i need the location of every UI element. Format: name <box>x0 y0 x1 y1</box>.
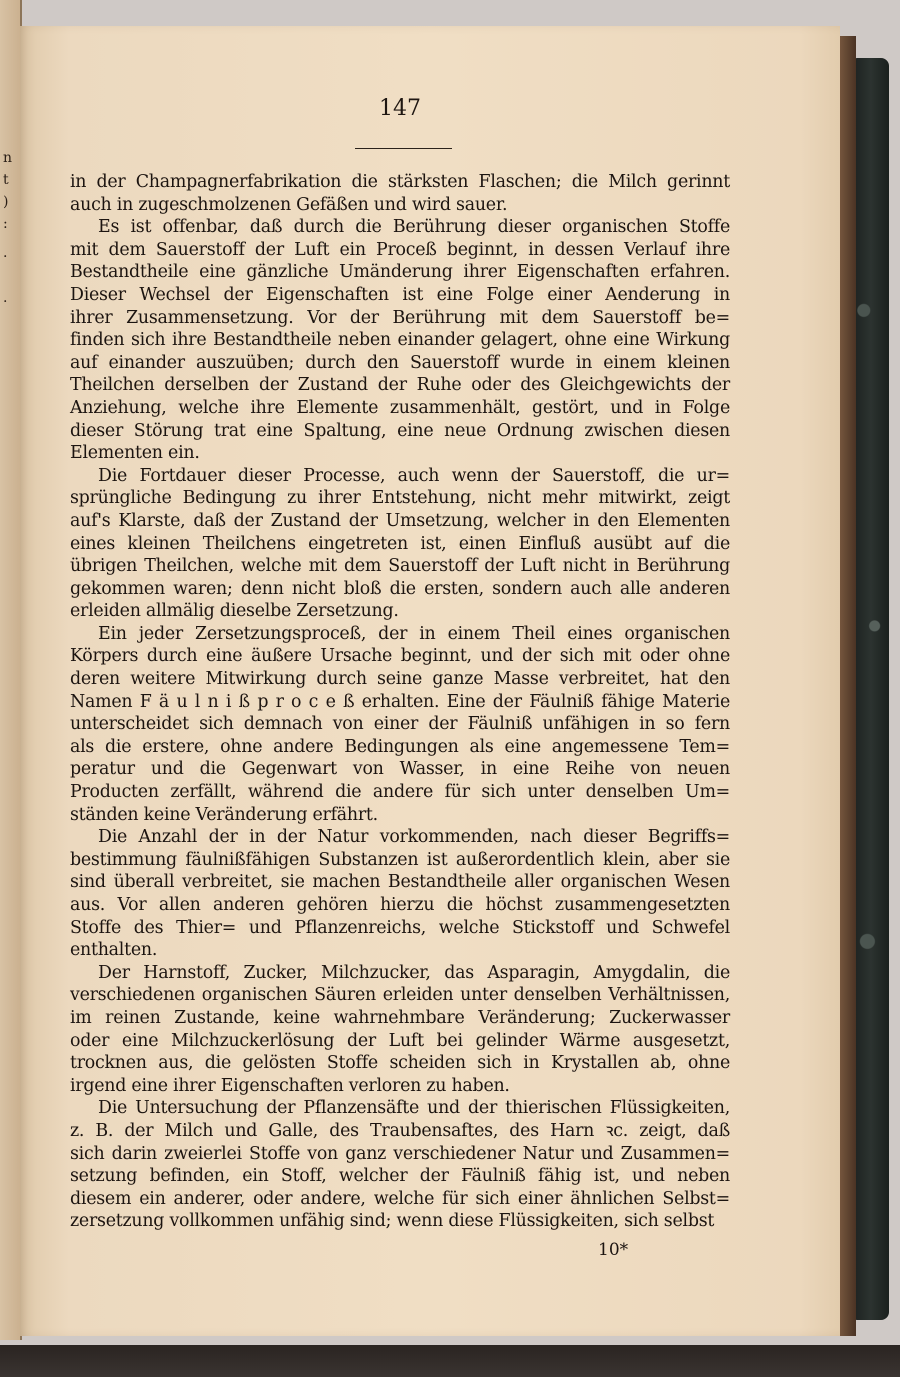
text-line: sich darin zweierlei Stoffe von ganz ver… <box>70 1143 730 1166</box>
text-line: Producten zerfällt, während die andere f… <box>70 781 730 804</box>
previous-page-fragment: . <box>3 245 7 261</box>
text-line: Körpers durch eine äußere Ursache beginn… <box>70 645 730 668</box>
text-line: gekommen waren; denn nicht bloß die erst… <box>70 578 730 601</box>
paragraph: Die Fortdauer dieser Processe, auch wenn… <box>70 465 730 623</box>
text-line: verschiedenen organischen Säuren erleide… <box>70 984 730 1007</box>
text-line: diesem ein anderer, oder andere, welche … <box>70 1188 730 1211</box>
paragraph: Die Anzahl der in der Natur vorkommenden… <box>70 826 730 962</box>
text-line: erleiden allmälig dieselbe Zersetzung. <box>70 600 730 623</box>
text-line: Ein jeder Zersetzungsproceß, der in eine… <box>70 623 730 646</box>
signature-mark: 10* <box>598 1240 628 1260</box>
paragraph: Ein jeder Zersetzungsproceß, der in eine… <box>70 623 730 826</box>
text-line: Der Harnstoff, Zucker, Milchzucker, das … <box>70 962 730 985</box>
text-line: im reinen Zustande, keine wahrnehmbare V… <box>70 1007 730 1030</box>
text-line: Die Anzahl der in der Natur vorkommenden… <box>70 826 730 849</box>
text-line: setzung befinden, ein Stoff, welcher der… <box>70 1165 730 1188</box>
text-line: auf's Klarste, daß der Zustand der Umset… <box>70 510 730 533</box>
text-line: als die erstere, ohne andere Bedingungen… <box>70 736 730 759</box>
paragraph: Es ist offenbar, daß durch die Berührung… <box>70 216 730 465</box>
previous-page-fragment: t <box>3 172 9 188</box>
previous-page-fragment: ) <box>3 194 8 210</box>
text-line: aus. Vor allen anderen gehören hierzu di… <box>70 894 730 917</box>
text-line: Bestandtheile eine gänzliche Umänderung … <box>70 261 730 284</box>
book-cover-marbled <box>853 58 889 1320</box>
text-line: auch in zugeschmolzenen Gefäßen und wird… <box>70 194 730 217</box>
page-number: 147 <box>350 96 450 121</box>
text-line: trocknen aus, die gelösten Stoffe scheid… <box>70 1052 730 1075</box>
previous-page-edge: n t ) : . . <box>0 0 22 1340</box>
text-line: deren weitere Mitwirkung durch seine gan… <box>70 668 730 691</box>
text-line: auf einander auszuüben; durch den Sauers… <box>70 352 730 375</box>
text-line: dieser Störung trat eine Spaltung, eine … <box>70 420 730 443</box>
text-line: Die Fortdauer dieser Processe, auch wenn… <box>70 465 730 488</box>
text-line: ständen keine Veränderung erfährt. <box>70 804 730 827</box>
text-line: sind überall verbreitet, sie machen Best… <box>70 871 730 894</box>
paragraph: Der Harnstoff, Zucker, Milchzucker, das … <box>70 962 730 1098</box>
text-line: Anziehung, welche ihre Elemente zusammen… <box>70 397 730 420</box>
header-rule <box>355 148 452 149</box>
text-line: eines kleinen Theilchens eingetreten ist… <box>70 533 730 556</box>
text-line: Namen F ä u l n i ß p r o c e ß erhalten… <box>70 691 730 714</box>
text-line: Es ist offenbar, daß durch die Berührung… <box>70 216 730 239</box>
table-surface <box>0 1345 900 1377</box>
text-line: Dieser Wechsel der Eigenschaften ist ein… <box>70 284 730 307</box>
text-line: Stoffe des Thier= und Pflanzenreichs, we… <box>70 917 730 940</box>
body-text: in der Champagnerfabrikation die stärkst… <box>70 171 730 1233</box>
text-line: ihrer Zusammensetzung. Vor der Berührung… <box>70 307 730 330</box>
text-line: Die Untersuchung der Pflanzensäfte und d… <box>70 1097 730 1120</box>
text-line: zersetzung vollkommen unfähig sind; wenn… <box>70 1210 730 1233</box>
paragraph: in der Champagnerfabrikation die stärkst… <box>70 171 730 216</box>
previous-page-fragment: . <box>3 290 7 306</box>
text-line: unterscheidet sich demnach von einer der… <box>70 713 730 736</box>
text-line: Theilchen derselben der Zustand der Ruhe… <box>70 374 730 397</box>
text-line: enthalten. <box>70 939 730 962</box>
text-line: irgend eine ihrer Eigenschaften verloren… <box>70 1075 730 1098</box>
text-line: oder eine Milchzuckerlösung der Luft bei… <box>70 1030 730 1053</box>
page-block-edge <box>838 36 856 1336</box>
text-line: peratur und die Gegenwart von Wasser, in… <box>70 758 730 781</box>
text-line: sprüngliche Bedingung zu ihrer Entstehun… <box>70 487 730 510</box>
previous-page-fragment: : <box>3 216 8 232</box>
text-line: Elementen ein. <box>70 442 730 465</box>
text-line: z. B. der Milch und Galle, des Traubensa… <box>70 1120 730 1143</box>
text-line: mit dem Sauerstoff der Luft ein Proceß b… <box>70 239 730 262</box>
paragraph: Die Untersuchung der Pflanzensäfte und d… <box>70 1097 730 1233</box>
text-line: in der Champagnerfabrikation die stärkst… <box>70 171 730 194</box>
text-line: übrigen Theilchen, welche mit dem Sauers… <box>70 555 730 578</box>
text-line: finden sich ihre Bestandtheile neben ein… <box>70 329 730 352</box>
previous-page-fragment: n <box>3 150 12 166</box>
text-line: bestimmung fäulnißfähigen Substanzen ist… <box>70 849 730 872</box>
